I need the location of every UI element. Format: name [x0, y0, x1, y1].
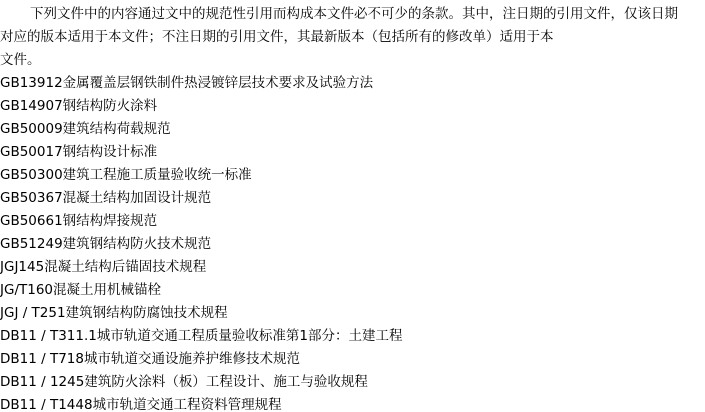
- reference-item: DB11 / T311.1城市轨道交通工程质量验收标准第1部分：土建工程: [0, 325, 705, 348]
- reference-item: DB11 / 1245建筑防火涂料（板）工程设计、施工与验收规程: [0, 371, 705, 394]
- reference-item: GB50017钢结构设计标准: [0, 141, 705, 164]
- reference-list: GB13912金属覆盖层钢铁制件热浸镀锌层技术要求及试验方法 GB14907钢结…: [0, 72, 705, 412]
- reference-item: DB11 / T1448城市轨道交通工程资料管理规程: [0, 394, 705, 412]
- intro-line: 对应的版本适用于本文件；不注日期的引用文件，其最新版本（包括所有的修改单）适用于…: [0, 26, 705, 49]
- reference-item: JG/T160混凝土用机械锚栓: [0, 279, 705, 302]
- reference-item: GB14907钢结构防火涂料: [0, 95, 705, 118]
- intro-line: 下列文件中的内容通过文中的规范性引用而构成本文件必不可少的条款。其中，注日期的引…: [0, 3, 705, 26]
- reference-item: DB11 / T718城市轨道交通设施养护维修技术规范: [0, 348, 705, 371]
- reference-item: GB50661钢结构焊接规范: [0, 210, 705, 233]
- document-page: 下列文件中的内容通过文中的规范性引用而构成本文件必不可少的条款。其中，注日期的引…: [0, 0, 705, 412]
- reference-item: JGJ / T251建筑钢结构防腐蚀技术规程: [0, 302, 705, 325]
- reference-item: GB50367混凝土结构加固设计规范: [0, 187, 705, 210]
- intro-paragraph: 下列文件中的内容通过文中的规范性引用而构成本文件必不可少的条款。其中，注日期的引…: [0, 0, 705, 72]
- reference-item: GB50300建筑工程施工质量验收统一标准: [0, 164, 705, 187]
- reference-item: GB50009建筑结构荷载规范: [0, 118, 705, 141]
- reference-item: JGJ145混凝土结构后锚固技术规程: [0, 256, 705, 279]
- reference-item: GB13912金属覆盖层钢铁制件热浸镀锌层技术要求及试验方法: [0, 72, 705, 95]
- intro-line: 文件。: [0, 49, 705, 72]
- reference-item: GB51249建筑钢结构防火技术规范: [0, 233, 705, 256]
